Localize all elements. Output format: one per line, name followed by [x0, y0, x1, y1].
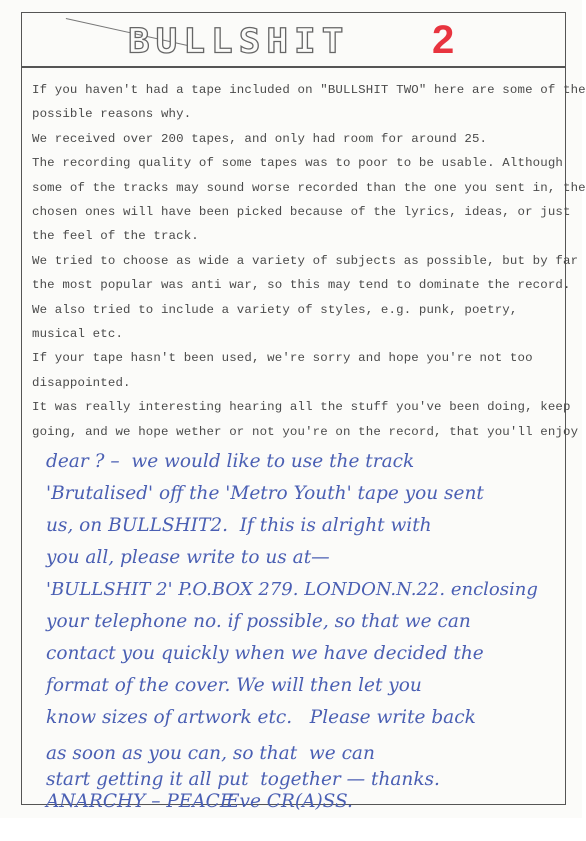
typed-line: It was really interesting hearing all th…	[32, 395, 564, 419]
typed-line: If your tape hasn't been used, we're sor…	[32, 346, 564, 370]
handwritten-line: format of the cover. We will then let yo…	[46, 670, 556, 702]
typed-notice: If you haven't had a tape included on "B…	[32, 78, 564, 444]
handwritten-note: dear ? – we would like to use the track …	[46, 446, 556, 818]
signoff-slogan: ANARCHY – PEACE	[46, 786, 226, 818]
handwritten-line: contact you quickly when we have decided…	[46, 638, 556, 670]
typed-line: disappointed.	[32, 371, 564, 395]
title-stencil: BULLSHIT	[128, 25, 349, 59]
typed-line: the feel of the track.	[32, 224, 564, 248]
handwritten-line: 'BULLSHIT 2' P.O.BOX 279. LONDON.N.22. e…	[46, 574, 556, 606]
handwritten-line: you all, please write to us at—	[46, 542, 556, 574]
handwritten-line: dear ? – we would like to use the track	[46, 446, 556, 478]
typed-line: We also tried to include a variety of st…	[32, 298, 564, 322]
typed-line: We received over 200 tapes, and only had…	[32, 127, 564, 151]
typed-line: We tried to choose as wide a variety of …	[32, 249, 564, 273]
handwritten-line: 'Brutalised' off the 'Metro Youth' tape …	[46, 478, 556, 510]
typed-line: chosen ones will have been picked becaus…	[32, 200, 564, 224]
typed-line: possible reasons why.	[32, 102, 564, 126]
header-divider	[21, 66, 566, 68]
header: BULLSHIT 2	[0, 12, 586, 66]
typed-line: some of the tracks may sound worse recor…	[32, 176, 564, 200]
title-number: 2	[432, 20, 454, 60]
typed-line: going, and we hope wether or not you're …	[32, 420, 564, 444]
typed-line: the most popular was anti war, so this m…	[32, 273, 564, 297]
handwritten-line: know sizes of artwork etc. Please write …	[46, 702, 556, 734]
signoff: ANARCHY – PEACE Eve CR(A)SS.	[46, 786, 556, 818]
typed-line: If you haven't had a tape included on "B…	[32, 78, 564, 102]
typed-line: musical etc.	[32, 322, 564, 346]
handwritten-line: your telephone no. if possible, so that …	[46, 606, 556, 638]
signoff-signature: Eve CR(A)SS.	[226, 786, 353, 818]
typed-line: The recording quality of some tapes was …	[32, 151, 564, 175]
handwritten-line: us, on BULLSHIT2. If this is alright wit…	[46, 510, 556, 542]
